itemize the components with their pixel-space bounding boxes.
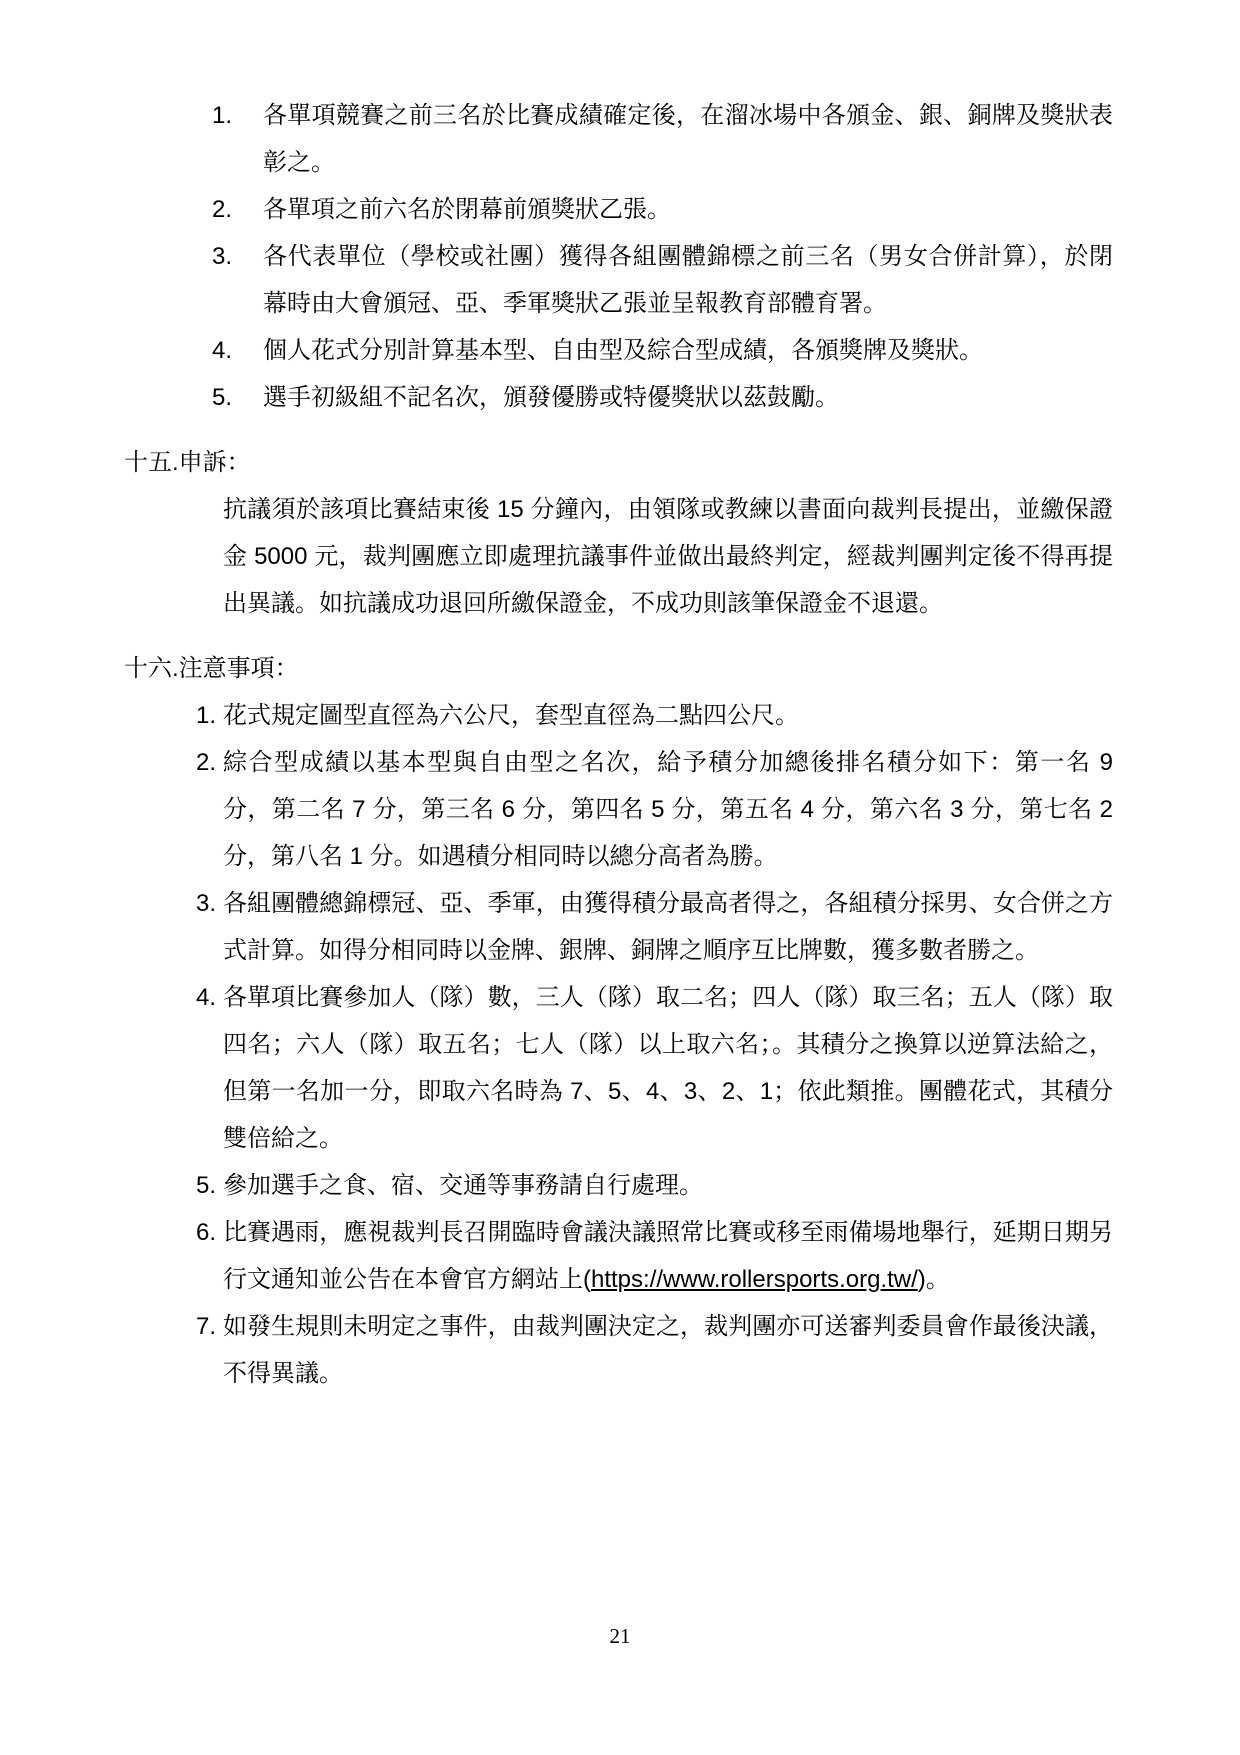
list-item-number: 2. [196,739,223,880]
list-item-text: 各單項競賽之前三名於比賽成績確定後，在溜冰場中各頒金、銀、銅牌及獎狀表彰之。 [263,92,1113,186]
rollersports-url-link[interactable]: https://www.rollersports.org.tw/ [591,1266,918,1293]
list-item-number: 4. [212,327,263,374]
list-item-number: 2. [212,186,263,233]
list-item-text: 各單項之前六名於閉幕前頒獎狀乙張。 [263,186,1113,233]
list-item-number: 1. [212,92,263,186]
list-item-text: 個人花式分別計算基本型、自由型及綜合型成績，各頒獎牌及獎狀。 [263,327,1113,374]
list-item: 3. 各組團體總錦標冠、亞、季軍，由獲得積分最高者得之，各組積分採男、女合併之方… [196,880,1240,974]
list-item-number: 3. [212,233,263,327]
list-item-number: 3. [196,880,223,974]
list-item: 2. 綜合型成績以基本型與自由型之名次，給予積分加總後排名積分如下：第一名 9 … [196,739,1240,880]
page-number: 21 [0,1622,1240,1650]
list-item: 4. 各單項比賽參加人（隊）數，三人（隊）取二名；四人（隊）取三名；五人（隊）取… [196,974,1240,1162]
section-heading-appeal: 十五.申訴： [124,439,1240,486]
list-item-text: 各組團體總錦標冠、亞、季軍，由獲得積分最高者得之，各組積分採男、女合併之方式計算… [223,880,1113,974]
list-item-number: 5. [212,374,263,421]
list-item: 5. 參加選手之食、宿、交通等事務請自行處理。 [196,1162,1240,1209]
list-item-text: 比賽遇雨，應視裁判長召開臨時會議決議照常比賽或移至雨備場地舉行，延期日期另行文通… [223,1209,1113,1303]
document-content: 1. 各單項競賽之前三名於比賽成績確定後，在溜冰場中各頒金、銀、銅牌及獎狀表彰之… [0,0,1240,1397]
list-item-number: 6. [196,1209,223,1303]
list-item: 6. 比賽遇雨，應視裁判長召開臨時會議決議照常比賽或移至雨備場地舉行，延期日期另… [196,1209,1240,1303]
list-item: 4. 個人花式分別計算基本型、自由型及綜合型成績，各頒獎牌及獎狀。 [212,327,1240,374]
document-page: 1. 各單項競賽之前三名於比賽成績確定後，在溜冰場中各頒金、銀、銅牌及獎狀表彰之… [0,0,1240,1755]
list-item-text: 花式規定圖型直徑為六公尺，套型直徑為二點四公尺。 [223,692,1113,739]
appeal-paragraph: 抗議須於該項比賽結束後 15 分鐘內，由領隊或教練以書面向裁判長提出，並繳保證金… [223,486,1113,627]
list-item-number: 4. [196,974,223,1162]
list-item: 5. 選手初級組不記名次，頒發優勝或特優獎狀以茲鼓勵。 [212,374,1240,421]
list-item-text: 如發生規則未明定之事件，由裁判團決定之，裁判團亦可送審判委員會作最後決議，不得異… [223,1303,1113,1397]
list-item: 3. 各代表單位（學校或社團）獲得各組團體錦標之前三名（男女合併計算），於閉幕時… [212,233,1240,327]
notes-list: 1. 花式規定圖型直徑為六公尺，套型直徑為二點四公尺。 2. 綜合型成績以基本型… [0,692,1240,1397]
list-item-text: 參加選手之食、宿、交通等事務請自行處理。 [223,1162,1113,1209]
list-item: 1. 各單項競賽之前三名於比賽成績確定後，在溜冰場中各頒金、銀、銅牌及獎狀表彰之… [212,92,1240,186]
list-item: 2. 各單項之前六名於閉幕前頒獎狀乙張。 [212,186,1240,233]
section-heading-notes: 十六.注意事項： [124,645,1240,692]
list-item-text: 選手初級組不記名次，頒發優勝或特優獎狀以茲鼓勵。 [263,374,1113,421]
list-item-text: 各代表單位（學校或社團）獲得各組團體錦標之前三名（男女合併計算），於閉幕時由大會… [263,233,1113,327]
list-item: 7. 如發生規則未明定之事件，由裁判團決定之，裁判團亦可送審判委員會作最後決議，… [196,1303,1240,1397]
list-item-text: 各單項比賽參加人（隊）數，三人（隊）取二名；四人（隊）取三名；五人（隊）取四名；… [223,974,1113,1162]
text-after-link: )。 [918,1266,950,1293]
awards-list: 1. 各單項競賽之前三名於比賽成績確定後，在溜冰場中各頒金、銀、銅牌及獎狀表彰之… [0,92,1240,421]
list-item-number: 7. [196,1303,223,1397]
list-item: 1. 花式規定圖型直徑為六公尺，套型直徑為二點四公尺。 [196,692,1240,739]
list-item-text: 綜合型成績以基本型與自由型之名次，給予積分加總後排名積分如下：第一名 9 分，第… [223,739,1113,880]
list-item-number: 1. [196,692,223,739]
list-item-number: 5. [196,1162,223,1209]
